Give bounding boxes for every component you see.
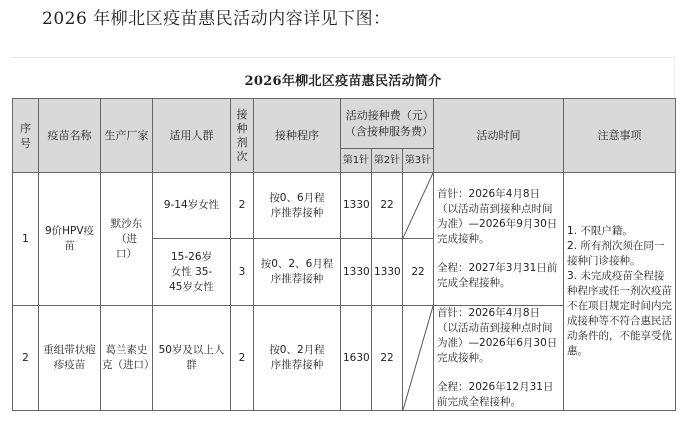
- fee-1: 1330: [341, 173, 372, 239]
- activity-time-full: 全程：2026年12月31日前完成全程接种。: [437, 380, 560, 410]
- doses: 3: [231, 239, 254, 306]
- activity-time-first: 首针：2026年4月8日（以活动苗到接种点时间为准）—2026年6月30日完成接…: [437, 306, 560, 366]
- header-notes: 注意事项: [564, 99, 676, 173]
- schedule: 按0、2月程序推荐接种: [254, 306, 341, 411]
- header-fee-2: 第2针: [372, 149, 403, 173]
- fee-2: 22: [372, 173, 403, 239]
- note-item: 2. 所有剂次须在同一接种门诊接种。: [567, 239, 672, 269]
- diagonal-slash-icon: [403, 173, 433, 238]
- header-row: 序号 疫苗名称 生产厂家 适用人群 接种剂次 接种程序 活动接种费（元）（含接种…: [13, 99, 676, 149]
- note-item: 3. 未完成疫苗全程接种程序或任一剂次疫苗不在项目规定时间内完成接种等不符合惠民…: [567, 269, 672, 359]
- row-index: 2: [13, 306, 39, 411]
- activity-time-cell: 首针：2026年4月8日（以活动苗到接种点时间为准）—2026年9月30日完成接…: [434, 173, 564, 306]
- note-item: 1. 不限户籍。: [567, 224, 672, 239]
- vaccine-name: 9价HPV疫苗: [39, 173, 101, 306]
- row-index: 1: [13, 173, 39, 306]
- header-doses: 接种剂次: [231, 99, 254, 173]
- activity-time-first: 首针：2026年4月8日（以活动苗到接种点时间为准）—2026年9月30日完成接…: [437, 187, 560, 247]
- vaccine-name: 重组带状疱疹疫苗: [39, 306, 101, 411]
- population: 9-14岁女性: [153, 173, 231, 239]
- fee-2: 22: [372, 306, 403, 411]
- activity-time-cell: 首针：2026年4月8日（以活动苗到接种点时间为准）—2026年6月30日完成接…: [434, 306, 564, 411]
- vaccine-table-frame: 2026年柳北区疫苗惠民活动简介 序号 疫苗名称 生产厂家 适用人群 接种剂次 …: [12, 57, 675, 399]
- header-vaccine-name: 疫苗名称: [39, 99, 101, 173]
- manufacturer: 默沙东（进口）: [101, 173, 153, 306]
- vaccine-activity-table: 序号 疫苗名称 生产厂家 适用人群 接种剂次 接种程序 活动接种费（元）（含接种…: [12, 98, 676, 411]
- doses: 2: [231, 306, 254, 411]
- population: 15-26岁女性 35-45岁女性: [153, 239, 231, 306]
- header-manufacturer: 生产厂家: [101, 99, 153, 173]
- fee-1: 1330: [341, 239, 372, 306]
- diagonal-slash-icon: [403, 306, 433, 410]
- header-population: 适用人群: [153, 99, 231, 173]
- doses: 2: [231, 173, 254, 239]
- schedule: 按0、2、6月程序推荐接种: [254, 239, 341, 306]
- table-row: 1 9价HPV疫苗 默沙东（进口） 9-14岁女性 2 按0、6月程序推荐接种 …: [13, 173, 676, 239]
- fee-3-not-applicable: [403, 173, 434, 239]
- fee-2: 1330: [372, 239, 403, 306]
- table-title-band: 2026年柳北区疫苗惠民活动简介: [12, 57, 675, 98]
- population: 50岁及以上人群: [153, 306, 231, 411]
- header-fee-3: 第3针: [403, 149, 434, 173]
- notes-cell: 1. 不限户籍。 2. 所有剂次须在同一接种门诊接种。 3. 未完成疫苗全程接种…: [564, 173, 676, 411]
- header-fee-1: 第1针: [341, 149, 372, 173]
- header-activity-time: 活动时间: [434, 99, 564, 173]
- intro-text: 2026 年柳北区疫苗惠民活动内容详见下图：: [42, 4, 391, 29]
- fee-3: 22: [403, 239, 434, 306]
- header-index: 序号: [13, 99, 39, 173]
- header-fee-group: 活动接种费（元）（含接种服务费）: [341, 99, 434, 149]
- fee-3-not-applicable: [403, 306, 434, 411]
- fee-1: 1630: [341, 306, 372, 411]
- activity-time-full: 全程：2027年3月31日前完成全程接种。: [437, 261, 560, 291]
- header-schedule: 接种程序: [254, 99, 341, 173]
- manufacturer: 葛兰素史克（进口）: [101, 306, 153, 411]
- schedule: 按0、6月程序推荐接种: [254, 173, 341, 239]
- table-title: 2026年柳北区疫苗惠民活动简介: [12, 70, 674, 89]
